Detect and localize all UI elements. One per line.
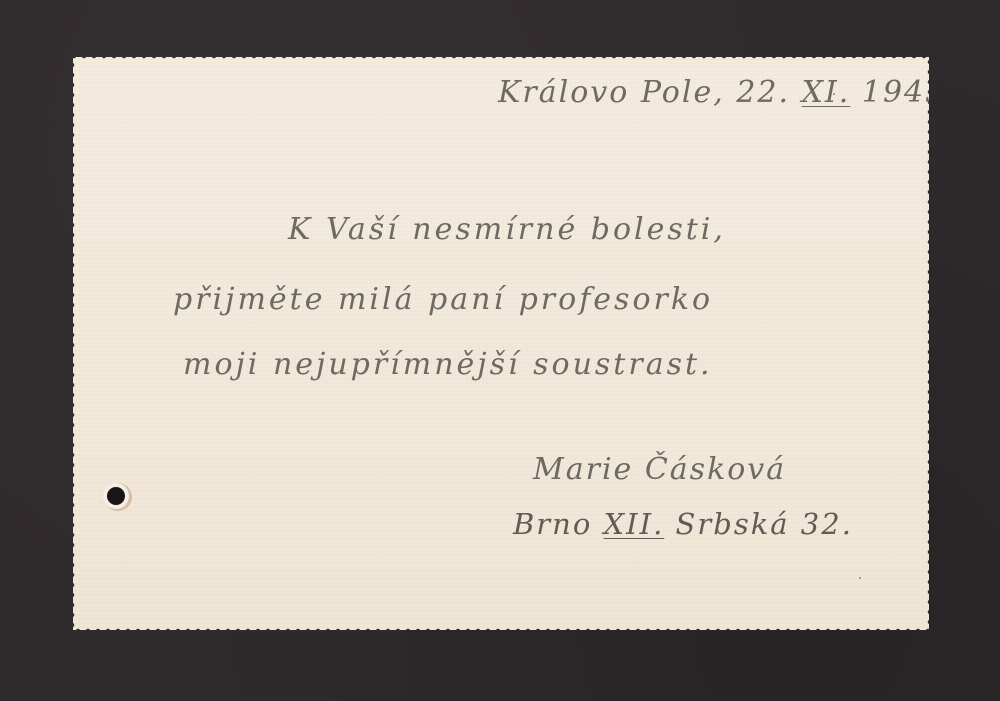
deckle-edge-top — [73, 56, 929, 60]
place-date-line: Královo Pole, 22. XI. 1945. — [498, 75, 958, 110]
condolence-card: Královo Pole, 22. XI. 1945. K Vaší nesmí… — [73, 57, 929, 630]
day: 22. — [736, 75, 790, 110]
paper-speck — [859, 577, 861, 579]
place: Královo Pole, — [498, 75, 725, 110]
body-line-2: přijměte milá paní profesorko — [173, 282, 713, 317]
address-city: Brno — [513, 507, 592, 541]
punch-hole — [107, 487, 125, 505]
body-line-1: K Vaší nesmírné bolesti, — [288, 212, 726, 247]
paper-speck — [833, 93, 835, 95]
address-district: XII. — [604, 507, 665, 541]
month-roman: XI. — [802, 75, 851, 110]
sender-address: Brno XII. Srbská 32. — [513, 507, 853, 541]
body-line-3: moji nejupřímnější soustrast. — [183, 347, 713, 382]
deckle-edge-left — [72, 57, 76, 630]
address-street: Srbská 32. — [676, 507, 853, 541]
signature: Marie Čásková — [533, 452, 786, 487]
